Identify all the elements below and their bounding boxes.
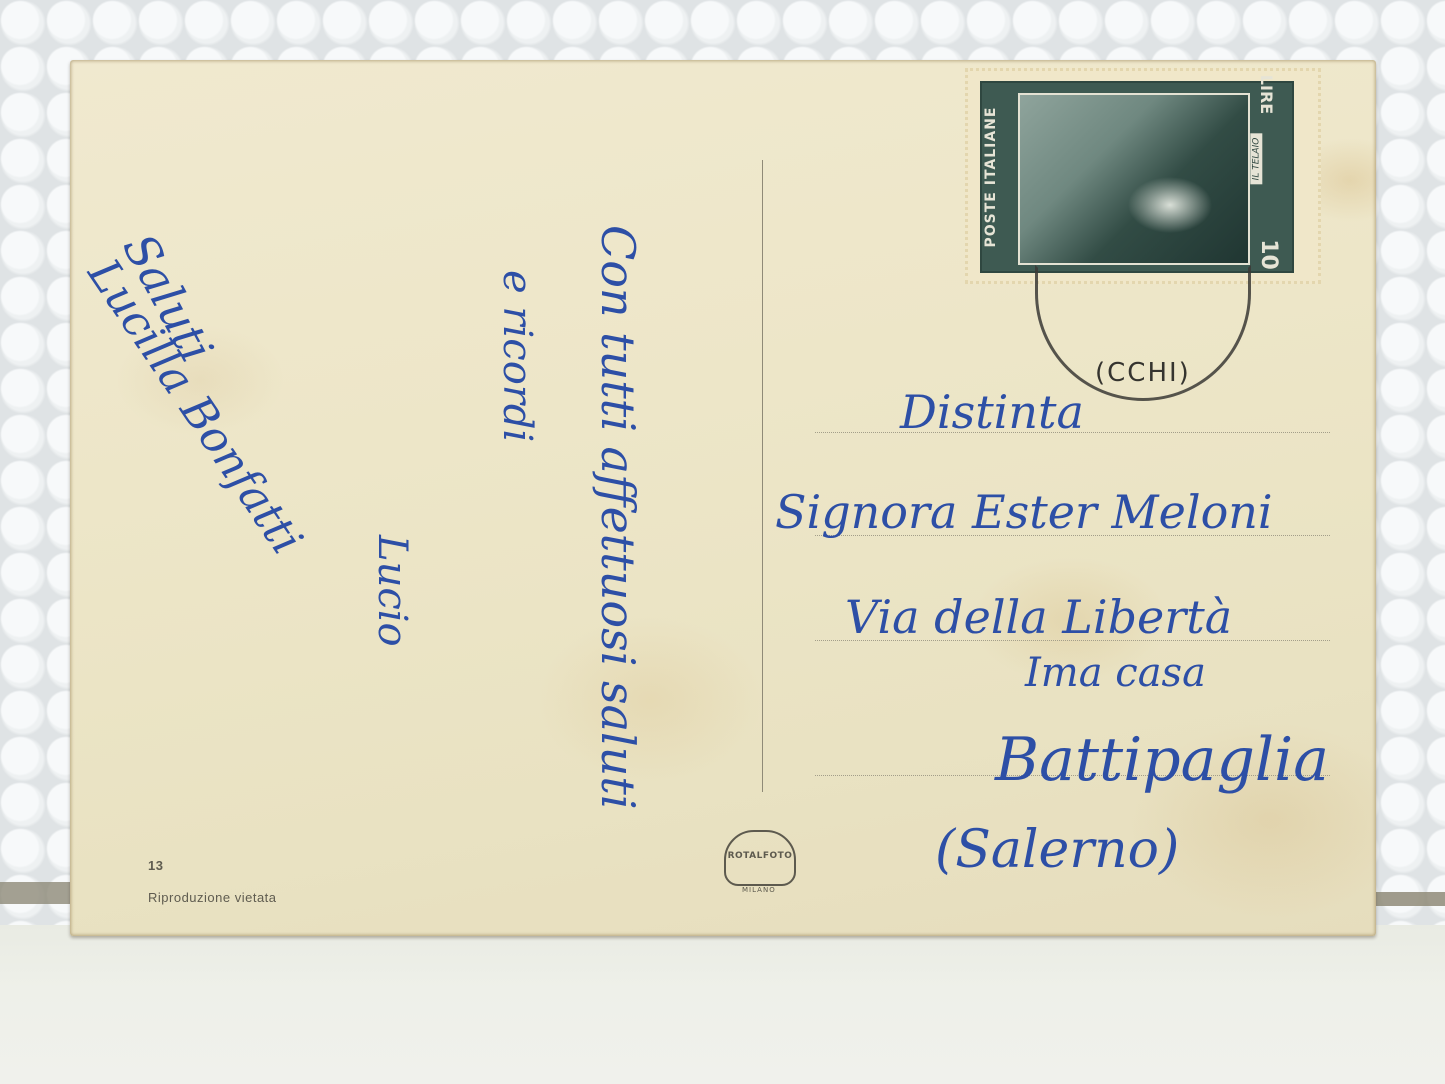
stamp-value: 10 [1256,239,1281,270]
publisher-city: MILANO [742,886,776,894]
postage-stamp: POSTE ITALIANE LIRE IL TELAIO 10 [965,68,1321,284]
message-main: Con tutti affettuosi saluti [591,225,645,810]
signature-lucio: Lucio [369,535,415,647]
stamp-caption: IL TELAIO [1251,134,1263,185]
address-line-4: Ima casa [1025,650,1206,696]
stamp-country-label: POSTE ITALIANE [983,102,999,252]
table-surface [0,925,1445,1084]
stamp-currency: LIRE [1257,75,1276,114]
address-line-3: Via della Libertà [845,590,1232,644]
publisher-logo: ROTALFOTO [724,830,796,886]
postmark-text: (CCHI) [1095,358,1191,388]
center-divider [762,160,763,792]
address-line-5: Battipaglia [995,725,1329,795]
stamp-loom-illustration [1018,93,1250,265]
address-line-6: (Salerno) [935,820,1179,880]
address-line-1: Distinta [900,385,1084,439]
postcard: POSTE ITALIANE LIRE IL TELAIO 10 (CCHI) … [70,60,1376,936]
reproduction-notice: Riproduzione vietata [148,890,277,905]
message-ricordi: e ricordi [494,270,540,442]
address-line-2: Signora Ester Meloni [775,485,1273,539]
stamp-frame: POSTE ITALIANE LIRE IL TELAIO 10 [980,81,1294,273]
card-number: 13 [148,858,163,873]
